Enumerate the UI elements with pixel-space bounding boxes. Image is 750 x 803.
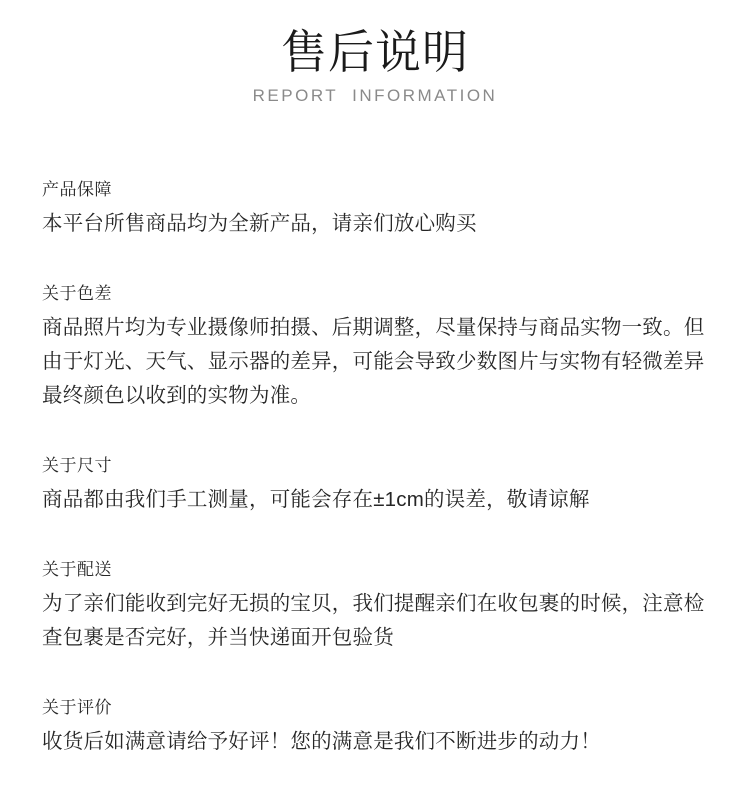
after-sales-info-page: 售后说明 REPORT INFORMATION 产品保障 本平台所售商品均为全新… [0,0,750,803]
section-body: 商品都由我们手工测量，可能会存在±1cm的误差，敬请谅解 [42,483,708,517]
section-color-difference: 关于色差 商品照片均为专业摄像师拍摄、后期调整，尽量保持与商品实物一致。但 由于… [42,277,708,413]
section-heading: 关于配送 [42,553,708,587]
sections-container: 产品保障 本平台所售商品均为全新产品，请亲们放心购买 关于色差 商品照片均为专业… [0,173,750,759]
page-subtitle: REPORT INFORMATION [0,85,750,106]
section-heading: 关于色差 [42,277,708,311]
section-body: 收货后如满意请给予好评！您的满意是我们不断进步的动力！ [42,725,708,759]
section-review: 关于评价 收货后如满意请给予好评！您的满意是我们不断进步的动力！ [42,691,708,759]
section-body: 商品照片均为专业摄像师拍摄、后期调整，尽量保持与商品实物一致。但 由于灯光、天气… [42,311,708,413]
section-product-guarantee: 产品保障 本平台所售商品均为全新产品，请亲们放心购买 [42,173,708,241]
page-header: 售后说明 REPORT INFORMATION [0,0,750,106]
section-heading: 关于评价 [42,691,708,725]
section-heading: 关于尺寸 [42,449,708,483]
section-body: 为了亲们能收到完好无损的宝贝，我们提醒亲们在收包裹的时候，注意检 查包裹是否完好… [42,587,708,655]
section-heading: 产品保障 [42,173,708,207]
section-body: 本平台所售商品均为全新产品，请亲们放心购买 [42,207,708,241]
section-delivery: 关于配送 为了亲们能收到完好无损的宝贝，我们提醒亲们在收包裹的时候，注意检 查包… [42,553,708,655]
section-size: 关于尺寸 商品都由我们手工测量，可能会存在±1cm的误差，敬请谅解 [42,449,708,517]
page-title: 售后说明 [0,26,750,79]
